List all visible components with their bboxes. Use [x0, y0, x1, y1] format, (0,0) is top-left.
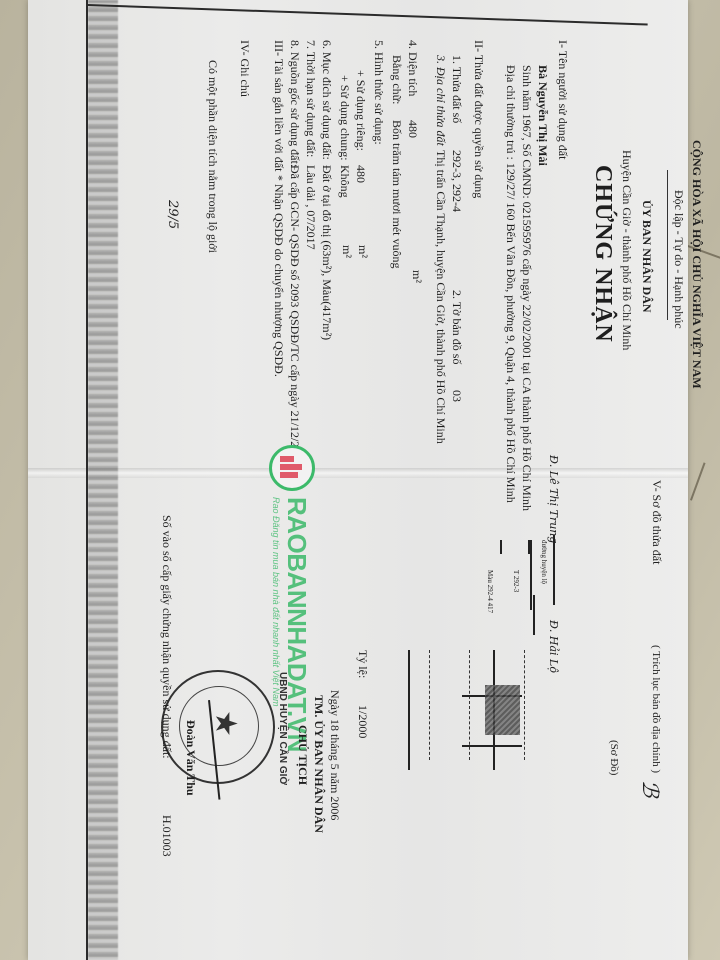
- section5-heading: V- Sơ đồ thửa đất: [649, 480, 664, 564]
- shared-use-unit: m²: [339, 245, 354, 258]
- location-value: Thị trấn Cần Thạnh, huyện Cần Giờ, thành…: [433, 150, 448, 444]
- watermark-logo-icon: [269, 445, 315, 491]
- map-dashed-line: [524, 650, 525, 760]
- origin-note: * Nhận QSDĐ do chuyển nhượng QSDĐ.: [271, 175, 286, 377]
- stamp-text: UBND HUYỆN CẦN GIỜ: [277, 672, 288, 785]
- map-line: [462, 745, 522, 747]
- handwritten-road-2: Đ. Hải Lộ: [547, 620, 560, 673]
- header-rule: [667, 170, 668, 320]
- country-header: CỘNG HÒA XÃ HỘI CHỦ NGHĨA VIỆT NAM: [689, 140, 704, 389]
- map-line: [409, 650, 411, 770]
- register-label: Số vào sổ cấp giấy chứng nhận quyền sử d…: [159, 515, 174, 759]
- owner-address: Địa chỉ thường trú : 129/27/ 160 Bến Vân…: [503, 65, 518, 503]
- map-road-edge: [554, 535, 556, 605]
- official-stamp: ★: [161, 670, 275, 784]
- area-label: 4. Diện tích: [405, 40, 420, 96]
- shared-use-label: + Sử dụng chung:: [337, 75, 352, 161]
- handwritten-road-1: Đ. Lê Thị Trung: [547, 455, 560, 543]
- map-sheet-label: 2. Tờ bản đồ số: [449, 290, 464, 364]
- in-words-label: Bằng chữ:: [389, 55, 404, 105]
- term-value: Lâu dài , 07/2017: [303, 165, 318, 250]
- usage-form-label: 5. Hình thức sử dụng:: [371, 40, 386, 145]
- shared-use-value: Không: [337, 165, 352, 198]
- signature-on-behalf: TM. ỦY BAN NHÂN DÂN: [311, 695, 326, 833]
- map-road-label: đường huyện lộ: [540, 540, 548, 584]
- signature-position: CHỦ TỊCH: [295, 725, 310, 785]
- purpose-label: 6. Mục đích sử dụng đất:: [319, 40, 334, 160]
- diagram-label: (Sơ Đồ): [608, 740, 620, 775]
- private-use-value: 480: [353, 165, 368, 183]
- section1-heading: I- Tên người sử dụng đất: [555, 40, 570, 159]
- signer-name: Đoàn Văn Thu: [183, 720, 198, 796]
- origin-label: 8. Nguồn gốc sử dụng đất:: [287, 40, 302, 167]
- private-use-unit: m²: [355, 245, 370, 258]
- owner-name: Bà Nguyễn Thị Mài: [535, 65, 550, 166]
- parcel-value: 292-3, 292-4: [449, 150, 464, 212]
- parcel-label: 1. Thửa đất số: [449, 55, 464, 123]
- owner-birth-id: Sinh năm 1967, Số CMND: 021595976 cấp ng…: [519, 65, 534, 511]
- district: Huyện Cần Giờ - thành phố Hồ Chí Minh: [619, 150, 634, 350]
- section3-heading: III- Tài sản gắn liền với đất: [271, 40, 286, 171]
- map-parcel-tag: Màu 292-4 417: [486, 570, 494, 613]
- authority: ỦY BAN NHÂN DÂN: [639, 200, 654, 313]
- section5-subtitle: ( Trích lục bản đồ địa chính ): [650, 645, 662, 773]
- motto: Độc lập - Tự do - Hạnh phúc: [671, 190, 686, 329]
- map-sheet-value: 03: [449, 390, 464, 402]
- certificate-title: CHỨNG NHẬN: [589, 165, 616, 343]
- section2-heading: II- Thửa đất được quyền sử dụng: [471, 40, 486, 198]
- diagram-mark: ℬ: [637, 780, 662, 797]
- area-unit: m²: [409, 270, 424, 283]
- redacted-parcel: [485, 685, 520, 735]
- origin-value: Đã cấp GCN- QSDĐ số 2093 QSDĐ/TC cấp ngà…: [287, 165, 302, 465]
- section4-note: Có một phần diện tích nằm trong lộ giới: [205, 60, 220, 253]
- handwritten-note: 29/5: [165, 200, 180, 229]
- scale-value: 1/2000: [355, 705, 370, 738]
- register-value: H.01003: [159, 815, 174, 857]
- area-value: 480: [405, 120, 420, 138]
- location-label: 3. Địa chỉ thửa đất: [433, 55, 448, 146]
- scale-label: Tỷ lệ:: [355, 650, 370, 678]
- certificate-content: CỘNG HÒA XÃ HỘI CHỦ NGHĨA VIỆT NAM Độc l…: [80, 0, 720, 940]
- map-parcel-outline: [529, 540, 531, 554]
- signature-date: Ngày 18 tháng 5 năm 2006: [327, 690, 342, 820]
- map-parcel-outline: [501, 540, 503, 554]
- term-label: 7. Thời hạn sử dụng đất:: [303, 40, 318, 157]
- section4-heading: IV- Ghi chú: [237, 40, 252, 97]
- map-line: [534, 595, 536, 635]
- map-dashed-line: [429, 650, 430, 760]
- purpose-value: Đất ở tại đô thị (63m²), Màu(417m²): [319, 165, 334, 340]
- private-use-label: + Sử dụng riêng:: [353, 70, 368, 151]
- watermark: RAOBANNHADAT.VN Rao Đăng tin mua bán nhà…: [269, 445, 315, 752]
- map-parcel-tag-2: T 292-3: [512, 570, 520, 592]
- map-road-edge: [531, 540, 533, 610]
- in-words-value: Bốn trăm tám mươi mét vuông: [389, 120, 404, 269]
- map-dashed-line: [469, 650, 470, 760]
